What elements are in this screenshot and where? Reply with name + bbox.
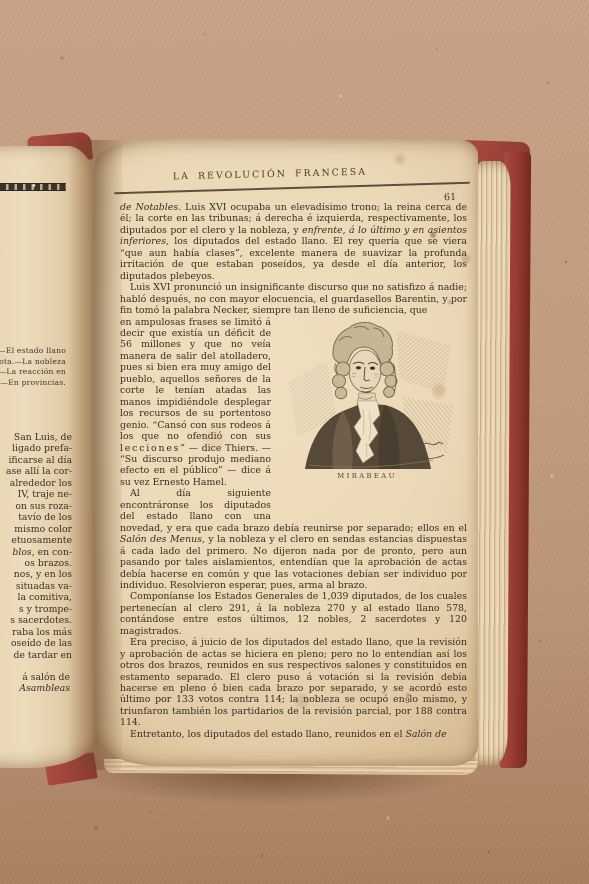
- left-page-text-fragments: San Luis, deligado prefa-ificarse al día…: [6, 432, 72, 661]
- text-run: ase allí la cor-: [6, 466, 72, 477]
- left-page: —El estado llanoota.—La nobleza—La reacc…: [0, 146, 98, 768]
- clipped-text-line: s y trompe-: [6, 604, 72, 615]
- text-run: Al día siguiente encontráronse los diput…: [120, 488, 467, 533]
- clipped-text-line: á salón de: [19, 672, 70, 683]
- clipped-text-line: raba los más: [6, 627, 72, 638]
- paragraph: MIRABEAU en ampulosas frases se limitó á…: [120, 317, 467, 489]
- text-run: alrededor los: [10, 478, 72, 489]
- italic-text-run: Salón de: [405, 729, 446, 740]
- text-run: los diputados del estado llano. El rey q…: [120, 236, 467, 281]
- text-run: de tardar en: [13, 650, 72, 661]
- right-page: LA REVOLUCIÓN FRANCESA 61 de Notables. L…: [94, 139, 478, 766]
- clipped-text-line: —La reacción en: [0, 367, 66, 378]
- clipped-text-line: blos, en con-: [6, 547, 72, 558]
- clipped-text-line: Asambleas: [19, 683, 70, 694]
- text-run: situadas va-: [16, 581, 72, 592]
- clipped-text-line: —El estado llano: [0, 346, 66, 357]
- running-head-rule: [114, 182, 470, 194]
- mirabeau-portrait-figure: MIRABEAU: [281, 319, 467, 482]
- left-page-text-fragments-lower: á salón deAsambleas: [19, 672, 70, 695]
- italic-text-run: de Notables.: [120, 202, 181, 213]
- text-run: la comitiva,: [17, 592, 72, 603]
- clipped-text-line: ota.—La nobleza: [0, 357, 66, 368]
- paragraph: Al día siguiente encontráronse los diput…: [120, 488, 467, 591]
- clipped-text-line: alrededor los: [6, 478, 72, 489]
- clipped-text-line: tavío de los: [6, 512, 72, 523]
- text-run: Componíanse los Estados Generales de 1,0…: [120, 591, 467, 636]
- paragraph: Luis XVI pronunció un insignificante dis…: [120, 282, 467, 316]
- text-run: á salón de: [22, 672, 70, 683]
- clipped-text-line: nos, y en los: [6, 569, 72, 580]
- text-run: San Luis, de: [14, 432, 72, 443]
- text-run: on sus roza-: [15, 501, 72, 512]
- clipped-text-line: —En provincias.: [0, 378, 66, 389]
- clipped-text-line: etuosamente: [6, 535, 72, 546]
- clipped-text-line: de tardar en: [6, 650, 72, 661]
- clipped-text-line: la comitiva,: [6, 592, 72, 603]
- page-body-text: de Notables. Luis XVI ocupaba un elevadí…: [120, 202, 467, 740]
- clipped-text-line: ase allí la cor-: [6, 466, 72, 477]
- text-run: IV, traje ne-: [18, 489, 72, 500]
- text-run: os brazos.: [25, 558, 72, 569]
- paragraph: de Notables. Luis XVI ocupaba un elevadí…: [120, 202, 467, 282]
- text-run: tavío de los: [18, 512, 72, 523]
- text-run: en ampulosas frases se limitó á decir qu…: [120, 317, 271, 443]
- text-run: etuosamente: [11, 535, 72, 546]
- text-run: Luis XVI pronunció un insignificante dis…: [120, 282, 467, 316]
- text-run: Entretanto, los diputados del estado lla…: [130, 729, 405, 740]
- paragraph: Componíanse los Estados Generales de 1,0…: [120, 591, 467, 637]
- clipped-text-line: on sus roza-: [6, 501, 72, 512]
- text-run: —La reacción en: [0, 367, 66, 376]
- clipped-text-line: ificarse al día: [6, 455, 72, 466]
- text-run: —El estado llano: [0, 346, 66, 355]
- text-run: oseído de las: [11, 638, 72, 649]
- clipped-text-line: mismo color: [6, 524, 72, 535]
- clipped-text-line: San Luis, de: [6, 432, 72, 443]
- text-run: ligado prefa-: [12, 443, 72, 454]
- text-run: —En provincias.: [0, 378, 66, 387]
- clipped-text-line: IV, traje ne-: [6, 489, 72, 500]
- printer-signature-mark: 9: [405, 696, 410, 705]
- running-head-title: LA REVOLUCIÓN FRANCESA: [94, 165, 446, 185]
- text-run: s sacerdotes.: [10, 615, 72, 626]
- clipped-text-line: s sacerdotes.: [6, 615, 72, 626]
- clipped-text-line: situadas va-: [6, 581, 72, 592]
- clipped-text-line: os brazos.: [6, 558, 72, 569]
- text-run: nos, y en los: [14, 569, 72, 580]
- text-run: en con-: [35, 547, 72, 558]
- text-run: mismo color: [14, 524, 72, 535]
- chapter-end-ornament: [0, 183, 66, 191]
- text-run: s y trompe-: [19, 604, 72, 615]
- text-run: lecciones: [120, 443, 180, 454]
- text-run: raba los más: [12, 627, 72, 638]
- clipped-text-line: oseído de las: [6, 638, 72, 649]
- mirabeau-engraving: [281, 319, 467, 469]
- italic-text-run: Salón des Menus: [120, 534, 202, 545]
- text-run: ota.—La nobleza: [0, 357, 66, 366]
- clipped-text-line: ligado prefa-: [6, 443, 72, 454]
- left-page-summary-fragments: —El estado llanoota.—La nobleza—La reacc…: [0, 346, 66, 388]
- text-run: ificarse al día: [8, 455, 72, 466]
- photo-scene: —El estado llanoota.—La nobleza—La reacc…: [0, 0, 589, 884]
- paragraph: Entretanto, los diputados del estado lla…: [120, 729, 467, 740]
- italic-text-run: Asambleas: [19, 683, 70, 694]
- figure-caption: MIRABEAU: [281, 471, 467, 482]
- paragraph: Era preciso, á juicio de los diputados d…: [120, 637, 467, 729]
- italic-text-run: blos,: [12, 547, 34, 558]
- text-run: Era preciso, á juicio de los diputados d…: [120, 637, 467, 728]
